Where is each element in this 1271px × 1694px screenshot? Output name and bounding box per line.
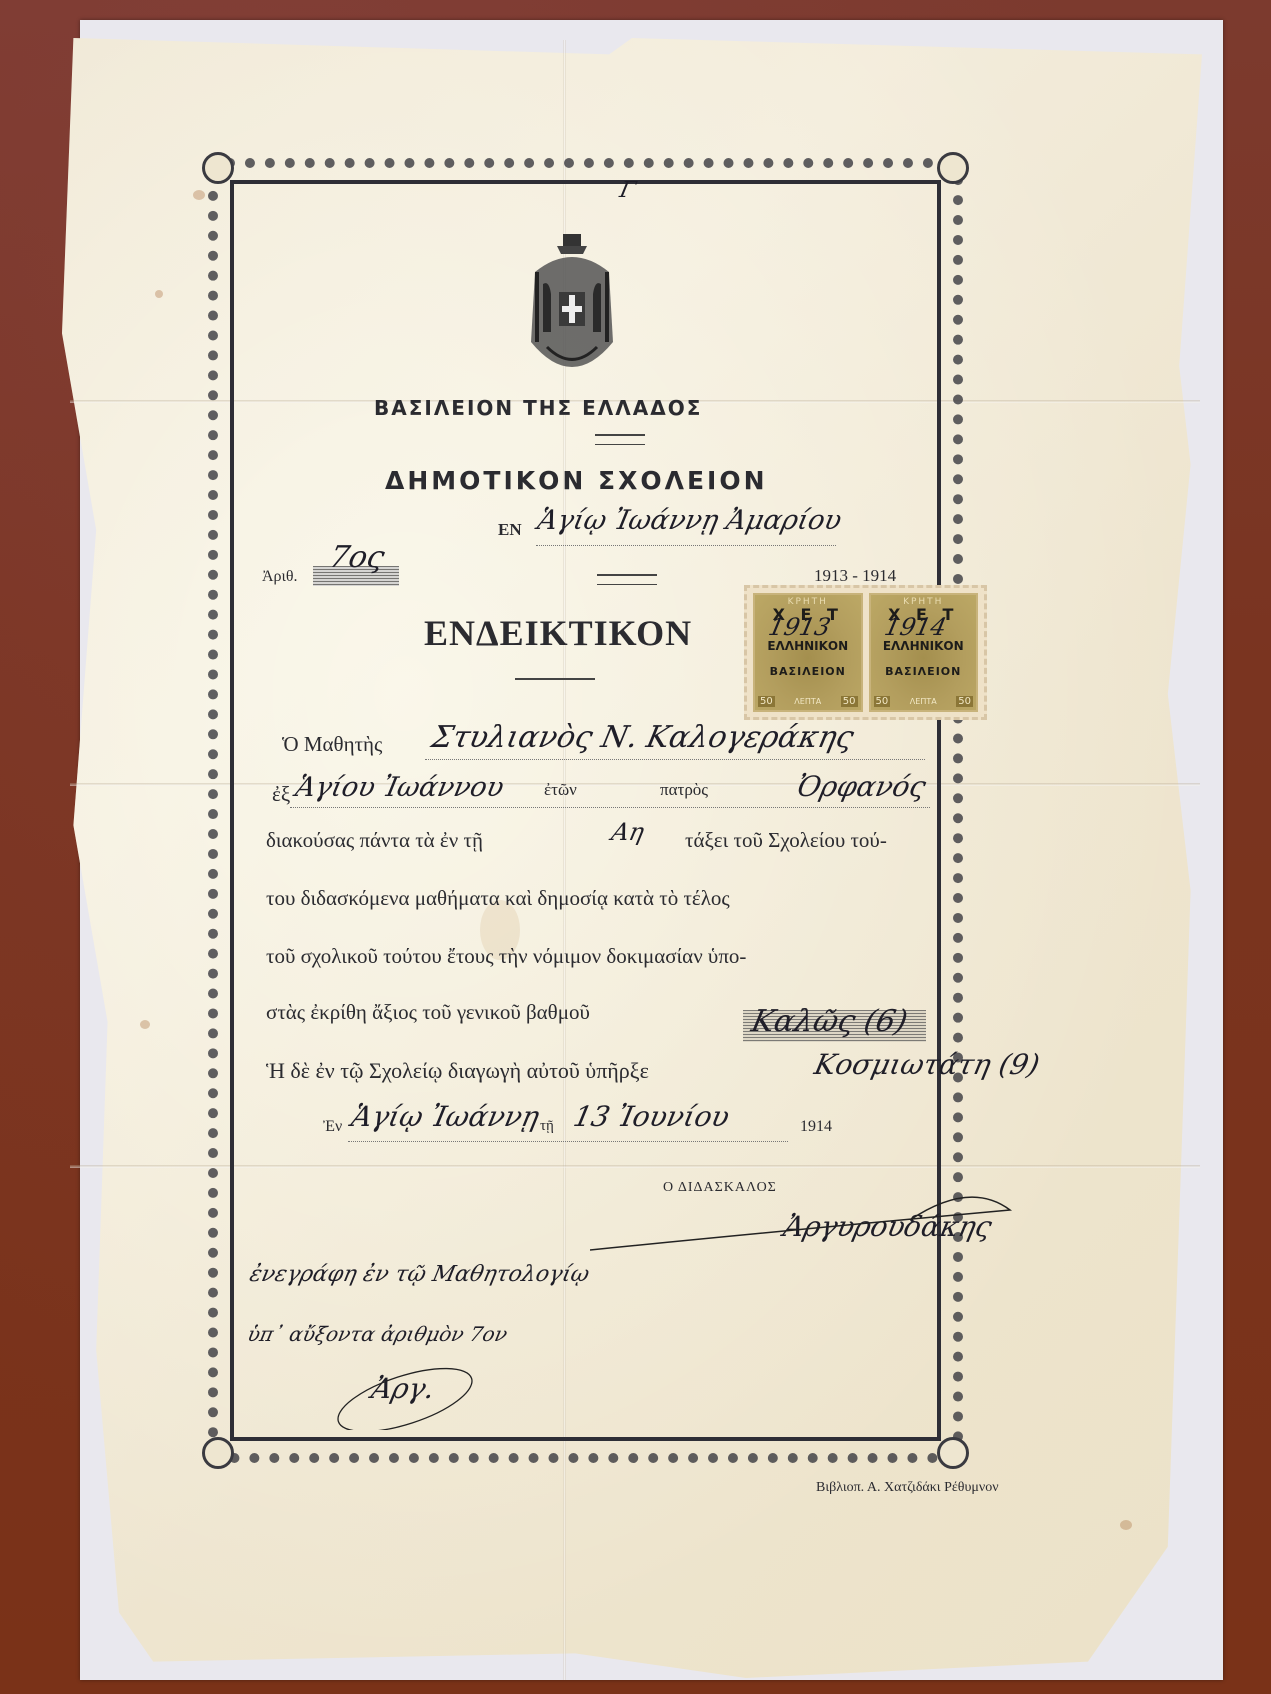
- father-status: Ὀρφανός: [794, 770, 929, 803]
- corner-ornament-icon: [202, 1437, 234, 1469]
- title-underline-ornament: [515, 678, 595, 680]
- date-year: 1914: [800, 1118, 832, 1136]
- student-label: Ὁ Μαθητὴς: [282, 732, 382, 757]
- revenue-stamp: ΚΡΗΤΗ Χ Ε Τ 1914 ΕΛΛΗΝΙΚΟΝ ΒΑΣΙΛΕΙΟΝ 50 …: [869, 593, 979, 712]
- corner-ornament-icon: [937, 1437, 969, 1469]
- registry-note-line2: ὑπ᾽ αὔξοντα ἀριθμὸν 7ον: [245, 1322, 509, 1346]
- revenue-stamps: ΚΡΗΤΗ Χ Ε Τ 1913 ΕΛΛΗΝΙΚΟΝ ΒΑΣΙΛΕΙΟΝ 50 …: [744, 585, 987, 720]
- stain: [140, 1020, 150, 1029]
- royal-coat-of-arms-icon: [527, 232, 617, 392]
- from-label: ἐξ: [272, 782, 290, 807]
- stain: [193, 190, 205, 200]
- stain: [1120, 1520, 1132, 1530]
- general-grade: Καλῶς (6): [748, 1004, 910, 1039]
- stamp-value: 50: [956, 696, 973, 707]
- stamp-cancel-year: 1913: [766, 613, 833, 641]
- divider-ornament: [595, 434, 645, 445]
- conduct-label: Ἡ δὲ ἐν τῷ Σχολείῳ διαγωγὴ αὐτοῦ ὑπῆρξε: [266, 1058, 649, 1084]
- text-line: διακούσας πάντα τὰ ἐν τῇ: [266, 828, 483, 853]
- student-name: Στυλιανὸς Ν. Καλογεράκης: [428, 720, 857, 755]
- text-line: τοῦ σχολικοῦ τούτου ἔτους τὴν νόμιμον δο…: [266, 944, 746, 969]
- corner-ornament-icon: [202, 152, 234, 184]
- school-location-handwritten: Ἁγίῳ Ἰωάννῃ Ἀμαρίου: [535, 505, 845, 536]
- date-the: τῇ: [540, 1118, 554, 1135]
- fill-line: [348, 1140, 788, 1142]
- certificate-title: ΕΝΔΕΙΚΤΙΚΟΝ: [424, 612, 692, 654]
- school-header: ΔΗΜΟΤΙΚΟΝ ΣΧΟΛΕΙΟΝ: [385, 466, 768, 495]
- fill-line: [290, 806, 930, 808]
- stain: [155, 290, 163, 298]
- revenue-stamp: ΚΡΗΤΗ Χ Ε Τ 1913 ΕΛΛΗΝΙΚΟΝ ΒΑΣΙΛΕΙΟΝ 50 …: [753, 593, 863, 712]
- number-label: Ἀριθ.: [262, 568, 298, 586]
- date-day-month: 13 Ἰουνίου: [570, 1100, 732, 1133]
- text-line: στὰς ἐκρίθη ἄξιος τοῦ γενικοῦ βαθμοῦ: [266, 1000, 590, 1025]
- text-line: τάξει τοῦ Σχολείου τού-: [685, 828, 887, 853]
- divider-ornament: [597, 574, 657, 585]
- date-place: Ἁγίῳ Ἰωάννῃ: [348, 1100, 542, 1133]
- corner-ornament-icon: [937, 152, 969, 184]
- school-year: 1913 - 1914: [814, 566, 896, 586]
- fill-line: [425, 758, 925, 760]
- student-origin: Ἁγίου Ἰωάννου: [293, 772, 507, 803]
- registry-note-line1: ἐνεγράφη ἐν τῷ Μαθητολογίῳ: [247, 1262, 591, 1287]
- stamp-value: 50: [841, 696, 858, 707]
- printer-credit: Βιβλιοπ. Α. Χατζιδάκι Ρέθυμνον: [816, 1480, 999, 1496]
- location-prefix: ΕΝ: [498, 520, 522, 540]
- initials-flourish-icon: [330, 1360, 480, 1430]
- text-line: του διδασκόμενα μαθήματα καὶ δημοσίᾳ κατ…: [266, 886, 730, 911]
- stamp-line2: ΒΑΣΙΛΕΙΟΝ: [871, 665, 977, 678]
- stamp-line1: ΕΛΛΗΝΙΚΟΝ: [755, 639, 861, 653]
- stamp-line2: ΒΑΣΙΛΕΙΟΝ: [755, 665, 861, 678]
- kingdom-header: ΒΑΣΙΛΕΙΟΝ ΤΗΣ ΕΛΛΑΔΟΣ: [374, 396, 702, 420]
- age-label: ἐτῶν: [544, 780, 577, 800]
- class-grade: Αη: [609, 818, 647, 846]
- stamp-line1: ΕΛΛΗΝΙΚΟΝ: [871, 639, 977, 653]
- stamp-cancel-year: 1914: [882, 613, 949, 641]
- signature-flourish-icon: [590, 1190, 1030, 1280]
- father-label: πατρὸς: [660, 780, 708, 800]
- certificate-number: 7ος: [326, 540, 387, 575]
- fill-line: [536, 544, 836, 546]
- conduct-grade: Κοσμιωτάτη (9): [811, 1048, 1042, 1081]
- date-prefix: Ἐν: [323, 1118, 342, 1136]
